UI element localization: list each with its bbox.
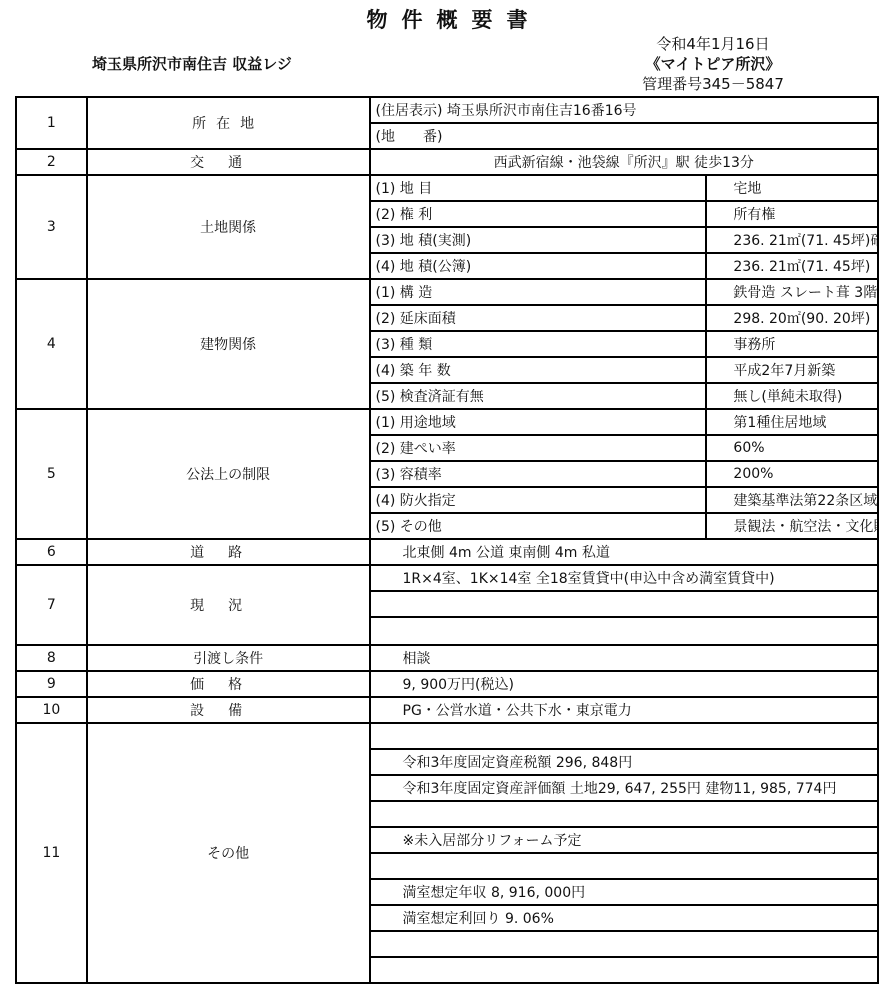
section-category-price: 価格 xyxy=(87,671,370,697)
table-row: 6 道路 北東側 4m 公道 東南側 4m 私道 xyxy=(16,539,878,565)
property-summary-table: 1 所在地 (住居表示) 埼玉県所沢市南住吉16番16号 (地 番) 2 交通 … xyxy=(15,96,879,984)
building-item: (1) 構 造 xyxy=(370,279,707,305)
restriction-value: 第1種住居地域 xyxy=(706,409,878,435)
restriction-item: (3) 容積率 xyxy=(370,461,707,487)
table-row: 11 その他 xyxy=(16,723,878,749)
building-item: (4) 築 年 数 xyxy=(370,357,707,383)
section-number: 7 xyxy=(16,565,87,645)
other-value: ※未入居部分リフォーム予定 xyxy=(370,827,878,853)
land-item: (2) 権 利 xyxy=(370,201,707,227)
building-item: (2) 延床面積 xyxy=(370,305,707,331)
section-number: 6 xyxy=(16,539,87,565)
restriction-value: 60% xyxy=(706,435,878,461)
section-category-current-status: 現況 xyxy=(87,565,370,645)
lot-number: (地 番) xyxy=(370,123,878,149)
other-value xyxy=(370,801,878,827)
other-value xyxy=(370,931,878,957)
building-item: (5) 検査済証有無 xyxy=(370,383,707,409)
document-title: 物件概要書 xyxy=(0,4,894,34)
section-number: 1 xyxy=(16,97,87,149)
property-name: 《マイトピア所沢》 xyxy=(598,54,828,74)
land-item: (4) 地 積(公簿) xyxy=(370,253,707,279)
restriction-value: 200% xyxy=(706,461,878,487)
management-number: 管理番号345－5847 xyxy=(598,74,828,94)
section-number: 5 xyxy=(16,409,87,539)
other-value: 満室想定年収 8, 916, 000円 xyxy=(370,879,878,905)
section-number: 10 xyxy=(16,697,87,723)
section-number: 4 xyxy=(16,279,87,409)
table-row: 4 建物関係 (1) 構 造 鉄骨造 スレート葺 3階建 xyxy=(16,279,878,305)
land-value: 所有権 xyxy=(706,201,878,227)
restriction-item: (4) 防火指定 xyxy=(370,487,707,513)
building-value: 無し(単純未取得) xyxy=(706,383,878,409)
table-row: 5 公法上の制限 (1) 用途地域 第1種住居地域 xyxy=(16,409,878,435)
land-value: 236. 21㎡(71. 45坪)確定測量済み xyxy=(706,227,878,253)
building-value: 298. 20㎡(90. 20坪) xyxy=(706,305,878,331)
restriction-value: 建築基準法第22条区域 xyxy=(706,487,878,513)
price-value: 9, 900万円(税込) xyxy=(370,671,878,697)
other-value xyxy=(370,853,878,879)
handover-value: 相談 xyxy=(370,645,878,671)
table-row: 2 交通 西武新宿線・池袋線『所沢』駅 徒歩13分 xyxy=(16,149,878,175)
status-value: 1R×4室、1K×14室 全18室賃貸中(申込中含め満室賃貸中) xyxy=(370,565,878,591)
section-category-road: 道路 xyxy=(87,539,370,565)
table-row: 1 所在地 (住居表示) 埼玉県所沢市南住吉16番16号 xyxy=(16,97,878,123)
address-display: (住居表示) 埼玉県所沢市南住吉16番16号 xyxy=(370,97,878,123)
other-value: 満室想定利回り 9. 06% xyxy=(370,905,878,931)
other-value xyxy=(370,723,878,749)
section-category-legal-restrictions: 公法上の制限 xyxy=(87,409,370,539)
table-row: 10 設備 PG・公営水道・公共下水・東京電力 xyxy=(16,697,878,723)
land-item: (1) 地 目 xyxy=(370,175,707,201)
road-value: 北東側 4m 公道 東南側 4m 私道 xyxy=(370,539,878,565)
building-value: 鉄骨造 スレート葺 3階建 xyxy=(706,279,878,305)
property-subject: 埼玉県所沢市南住吉 収益レジ xyxy=(92,53,292,74)
facilities-value: PG・公営水道・公共下水・東京電力 xyxy=(370,697,878,723)
table-row: 3 土地関係 (1) 地 目 宅地 xyxy=(16,175,878,201)
section-category-building: 建物関係 xyxy=(87,279,370,409)
section-category-location: 所在地 xyxy=(87,97,370,149)
status-value xyxy=(370,591,878,617)
transport-value: 西武新宿線・池袋線『所沢』駅 徒歩13分 xyxy=(370,149,878,175)
table-row: 7 現況 1R×4室、1K×14室 全18室賃貸中(申込中含め満室賃貸中) xyxy=(16,565,878,591)
status-value xyxy=(370,617,878,645)
other-value: 令和3年度固定資産税額 296, 848円 xyxy=(370,749,878,775)
table-row: 8 引渡し条件 相談 xyxy=(16,645,878,671)
issue-date: 令和4年1月16日 xyxy=(598,34,828,54)
land-item: (3) 地 積(実測) xyxy=(370,227,707,253)
other-value: 令和3年度固定資産評価額 土地29, 647, 255円 建物11, 985, … xyxy=(370,775,878,801)
building-item: (3) 種 類 xyxy=(370,331,707,357)
restriction-item: (2) 建ぺい率 xyxy=(370,435,707,461)
section-number: 9 xyxy=(16,671,87,697)
section-category-facilities: 設備 xyxy=(87,697,370,723)
section-number: 3 xyxy=(16,175,87,279)
land-value: 236. 21㎡(71. 45坪) xyxy=(706,253,878,279)
land-value: 宅地 xyxy=(706,175,878,201)
section-category-land: 土地関係 xyxy=(87,175,370,279)
document-meta: 令和4年1月16日 《マイトピア所沢》 管理番号345－5847 xyxy=(598,34,828,94)
other-value xyxy=(370,957,878,983)
section-number: 2 xyxy=(16,149,87,175)
restriction-item: (1) 用途地域 xyxy=(370,409,707,435)
restriction-item: (5) その他 xyxy=(370,513,707,539)
section-category-handover: 引渡し条件 xyxy=(87,645,370,671)
section-category-transport: 交通 xyxy=(87,149,370,175)
building-value: 事務所 xyxy=(706,331,878,357)
section-number: 11 xyxy=(16,723,87,983)
building-value: 平成2年7月新築 xyxy=(706,357,878,383)
section-number: 8 xyxy=(16,645,87,671)
table-row: 9 価格 9, 900万円(税込) xyxy=(16,671,878,697)
section-category-other: その他 xyxy=(87,723,370,983)
restriction-value: 景観法・航空法・文化財保護法 xyxy=(706,513,878,539)
